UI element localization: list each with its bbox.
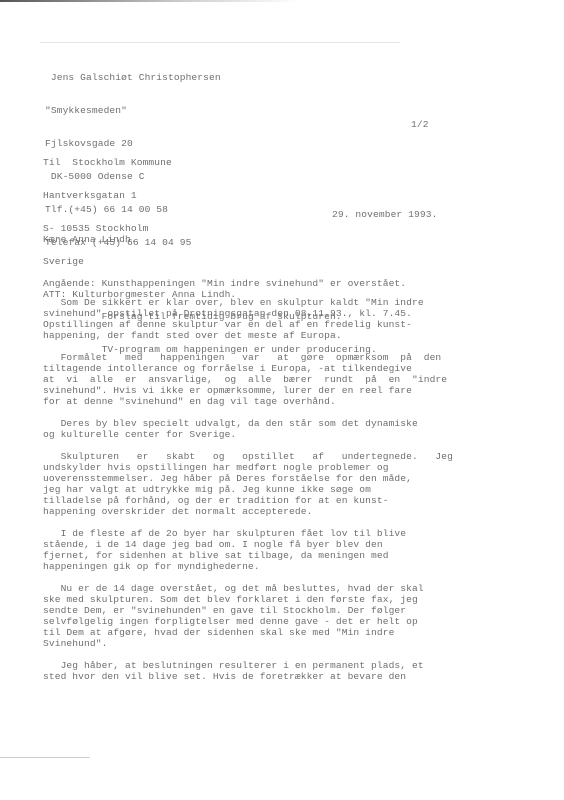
body-line: at vi alle er ansvarlige, og alle bærer … [43,374,453,385]
recipient-name: Til Stockholm Kommune [43,157,236,168]
body-line: ske med skulpturen. Som det blev forklar… [43,594,453,605]
recipient-city: S- 10535 Stockholm [43,223,236,234]
body-line: Deres by blev specielt udvalgt, da den s… [43,418,453,429]
body-line: svinehund". Hvis vi ikke er opmærksomme,… [43,385,453,396]
body-paragraph: Som De sikkert er klar over, blev en sku… [43,297,453,341]
body-line: Skulpturen er skabt og opstillet af unde… [43,451,453,462]
body-line: tiltagende intollerance og forråelse i E… [43,363,453,374]
sender-name: Jens Galschiøt Christophersen [45,72,221,83]
body-paragraph: Formålet med happeningen var at gøre opm… [43,352,453,407]
body-paragraph: Nu er de 14 dage overstået, og det må be… [43,583,453,649]
greeting: Kære Anna Lindh. [43,234,137,245]
body-line: og kulturelle center for Sverige. [43,429,453,440]
body-line: Svinehund". [43,638,453,649]
body-line: selvfølgelig ingen forpligtelser med den… [43,616,453,627]
body-line: sendte Dem, er "svinehunden" en gave til… [43,605,453,616]
body-paragraph: Deres by blev specielt udvalgt, da den s… [43,418,453,440]
body-line: happening, der fandt sted over det meste… [43,330,453,341]
body-line: stående, i de 14 dage jeg bad om. I nogl… [43,539,453,550]
body-paragraph: Skulpturen er skabt og opstillet af unde… [43,451,453,517]
body-line: undskylder hvis opstillingen har medført… [43,462,453,473]
body-line: happeningen gik op for myndighederne. [43,561,453,572]
letter-page: Jens Galschiøt Christophersen "Smykkesme… [0,0,564,800]
body-line: jeg har valgt at udtrykke mig på. Jeg ku… [43,484,453,495]
letter-date: 29. november 1993. [332,209,437,220]
page-number: 1/2 [411,119,429,130]
body-line: Formålet med happeningen var at gøre opm… [43,352,453,363]
letter-body: Som De sikkert er klar over, blev en sku… [43,297,453,693]
body-line: uoverensstemmelser. Jeg håber på Deres f… [43,473,453,484]
paper-crease [40,42,400,43]
scan-edge [0,0,300,2]
sender-company: "Smykkesmeden" [45,105,221,116]
body-line: happening overskrider det normalt accept… [43,506,453,517]
body-line: sted hvor den vil blive set. Hvis de for… [43,671,453,682]
body-line: fjernet, for sidenhen at blive sat tilba… [43,550,453,561]
subject-line: Angående: Kunsthappeningen "Min indre sv… [43,278,406,289]
body-line: tilladelse på forhånd, og der er traditi… [43,495,453,506]
body-line: til Dem at afgøre, hvad der sidenhen ska… [43,627,453,638]
body-line: svinehund" opstillet på Drotningsgatan d… [43,308,453,319]
body-paragraph: I de fleste af de 2o byer har skulpturen… [43,528,453,572]
recipient-street: Hantverksgatan 1 [43,190,236,201]
body-line: Jeg håber, at beslutningen resulterer i … [43,660,453,671]
body-line: I de fleste af de 2o byer har skulpturen… [43,528,453,539]
body-line: Som De sikkert er klar over, blev en sku… [43,297,453,308]
body-line: Opstillingen af denne skulptur var en de… [43,319,453,330]
paper-crease [0,757,90,758]
body-paragraph: Jeg håber, at beslutningen resulterer i … [43,660,453,682]
body-line: Nu er de 14 dage overstået, og det må be… [43,583,453,594]
body-line: for at denne "svinehund" en dag vil tage… [43,396,453,407]
